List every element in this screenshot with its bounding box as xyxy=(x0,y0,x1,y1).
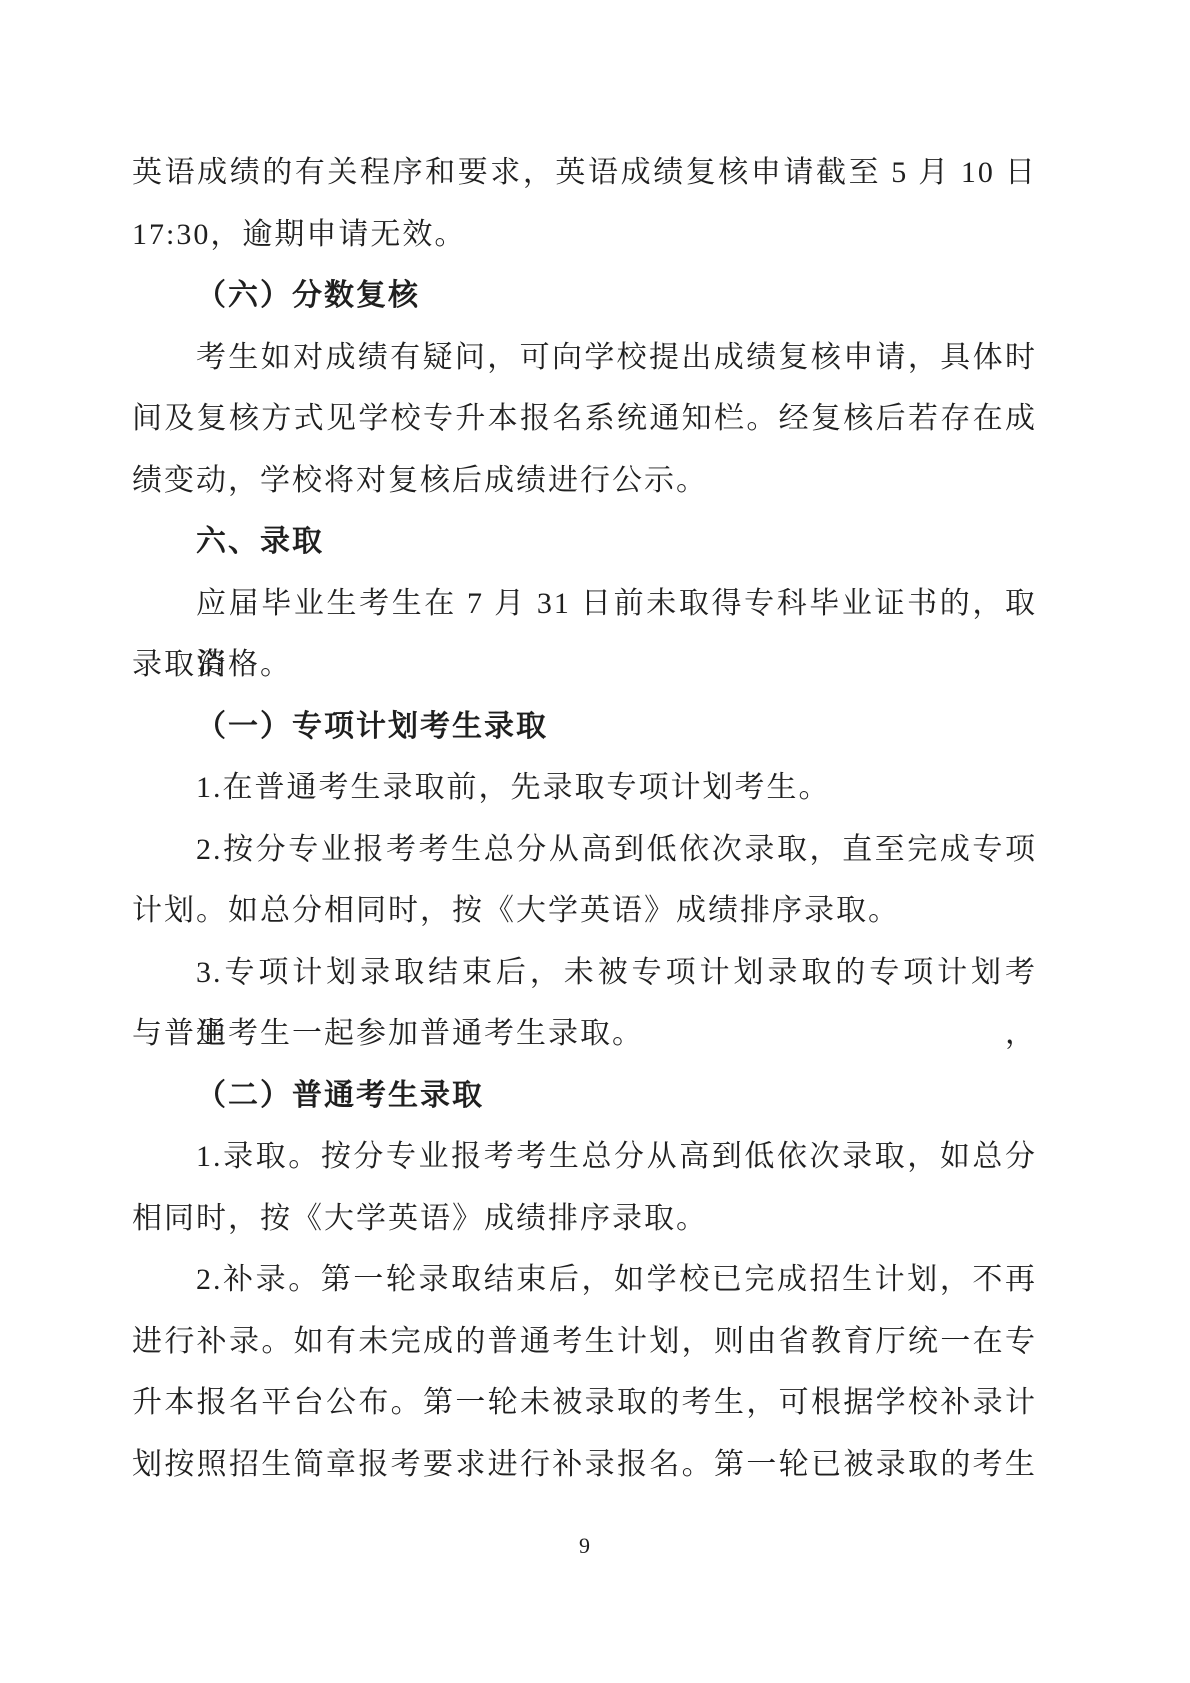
body-line: 计划。如总分相同时，按《大学英语》成绩排序录取。 xyxy=(132,880,1037,942)
heading-chapter-six-admission: 六、录取 xyxy=(132,511,1037,573)
body-line: 进行补录。如有未完成的普通考生计划，则由省教育厅统一在专 xyxy=(132,1311,1037,1373)
page-number: 9 xyxy=(132,1531,1037,1561)
heading-section-six-score-review: （六）分数复核 xyxy=(132,265,1037,327)
body-line: 相同时，按《大学英语》成绩排序录取。 xyxy=(132,1188,1037,1250)
body-line: 1.在普通考生录取前，先录取专项计划考生。 xyxy=(132,757,1037,819)
heading-special-plan-admission: （一）专项计划考生录取 xyxy=(132,696,1037,758)
body-line: 英语成绩的有关程序和要求，英语成绩复核申请截至 5 月 10 日 xyxy=(132,142,1037,204)
heading-general-admission: （二）普通考生录取 xyxy=(132,1065,1037,1127)
body-line: 17:30，逾期申请无效。 xyxy=(132,204,1037,266)
body-line: 2.按分专业报考考生总分从高到低依次录取，直至完成专项 xyxy=(132,819,1037,881)
body-line: 考生如对成绩有疑问，可向学校提出成绩复核申请，具体时 xyxy=(132,327,1037,389)
body-line: 3.专项计划录取结束后，未被专项计划录取的专项计划考生， xyxy=(132,942,1037,1004)
body-line: 划按照招生简章报考要求进行补录报名。第一轮已被录取的考生 xyxy=(132,1434,1037,1496)
body-line: 2.补录。第一轮录取结束后，如学校已完成招生计划，不再 xyxy=(132,1249,1037,1311)
body-line: 间及复核方式见学校专升本报名系统通知栏。经复核后若存在成 xyxy=(132,388,1037,450)
body-line: 绩变动，学校将对复核后成绩进行公示。 xyxy=(132,450,1037,512)
document-page: 英语成绩的有关程序和要求，英语成绩复核申请截至 5 月 10 日 17:30，逾… xyxy=(0,0,1190,1683)
body-line: 1.录取。按分专业报考考生总分从高到低依次录取，如总分 xyxy=(132,1126,1037,1188)
body-line: 录取资格。 xyxy=(132,634,1037,696)
body-line: 升本报名平台公布。第一轮未被录取的考生，可根据学校补录计 xyxy=(132,1372,1037,1434)
body-line: 应届毕业生考生在 7 月 31 日前未取得专科毕业证书的，取消 xyxy=(132,573,1037,635)
document-body: 英语成绩的有关程序和要求，英语成绩复核申请截至 5 月 10 日 17:30，逾… xyxy=(132,142,1037,1495)
